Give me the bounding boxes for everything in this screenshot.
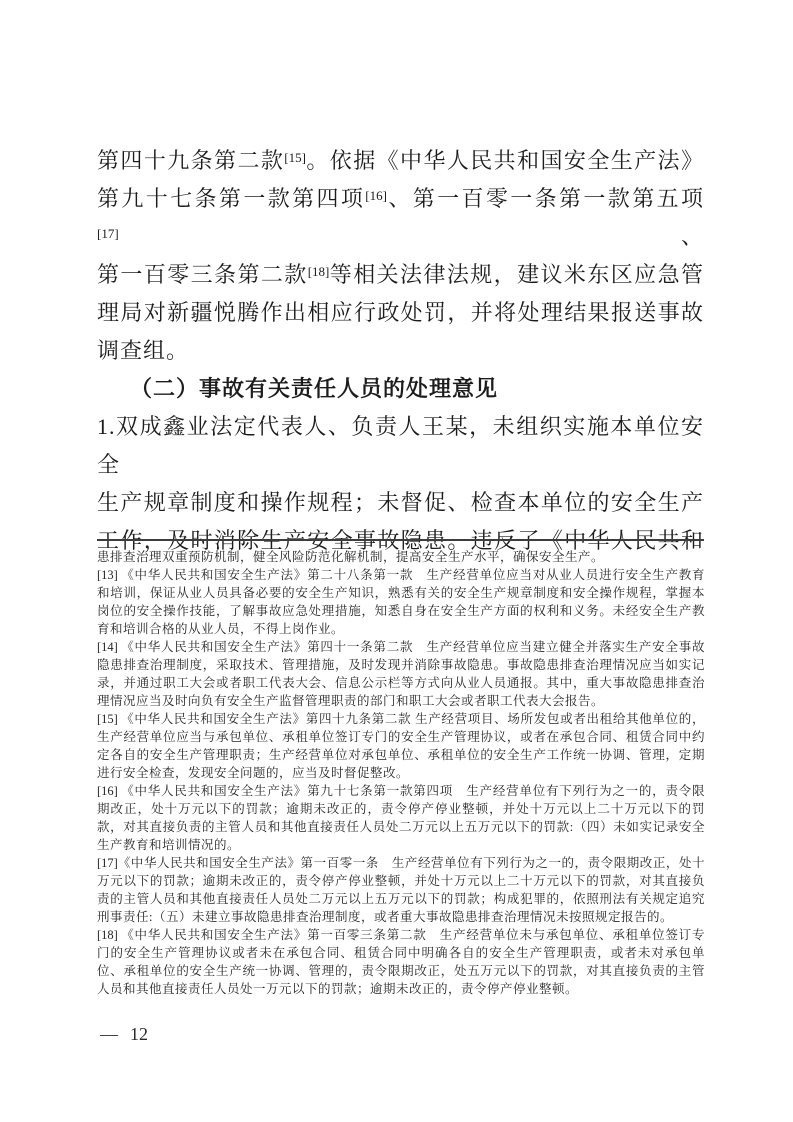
body-line: 1.双成鑫业法定代表人、负责人王某，未组织实施本单位安全 [97, 408, 704, 484]
page-number: 12 [130, 1024, 148, 1044]
footnotes-block: 患排查治理双重预防机制，健全风险防范化解机制，提高安全生产水平，确保安全生产。 … [97, 548, 705, 998]
footnote-continuation: 患排查治理双重预防机制，健全风险防范化解机制，提高安全生产水平，确保安全生产。 [97, 548, 705, 566]
footnote-marker: [16] [97, 784, 121, 798]
footnote-ref: [15] [284, 150, 306, 165]
body-line: 理局对新疆悦腾作出相应行政处罚，并将处理结果报送事故 [97, 294, 704, 332]
footnote-ref: [18] [308, 264, 330, 279]
footnote-separator-line [97, 539, 704, 541]
footnote-ref: [17] [97, 226, 119, 241]
footnote-15: [15] 《中华人民共和国安全生产法》第四十九条第二款 生产经营项目、场所发包或… [97, 710, 705, 782]
body-line: 生产规章制度和操作规程；未督促、检查本单位的安全生产 [97, 484, 704, 522]
main-text-block: 第四十九条第二款[15]。依据《中华人民共和国安全生产法》第九十七条第一款第四项… [97, 142, 704, 560]
footnote-list: [13] 《中华人民共和国安全生产法》第二十八条第一款 生产经营单位应当对从业人… [97, 566, 705, 998]
footnote-16: [16] 《中华人民共和国安全生产法》第九十七条第一款第四项 生产经营单位有下列… [97, 782, 705, 854]
footnote-ref: [16] [365, 188, 387, 203]
footnote-marker: [17] [97, 856, 118, 870]
footnote-marker: [18] [97, 928, 121, 942]
body-line: 第九十七条第一款第四项[16]、第一百零一条第一款第五项[17]、 [97, 180, 704, 256]
footnote-marker: [15] [97, 712, 121, 726]
footnote-13: [13] 《中华人民共和国安全生产法》第二十八条第一款 生产经营单位应当对从业人… [97, 566, 705, 638]
footnote-marker: [13] [97, 568, 121, 582]
document-page: 第四十九条第二款[15]。依据《中华人民共和国安全生产法》第九十七条第一款第四项… [0, 0, 793, 1122]
body-line: 调查组。 [97, 332, 704, 370]
footnote-17: [17]《中华人民共和国安全生产法》第一百零一条 生产经营单位有下列行为之一的，… [97, 854, 705, 926]
page-footer: —12 [100, 1024, 148, 1045]
body-line: 第一百零三条第二款[18]等相关法律法规，建议米东区应急管 [97, 256, 704, 294]
section-heading: （二）事故有关责任人员的处理意见 [97, 370, 704, 408]
body-line: 第四十九条第二款[15]。依据《中华人民共和国安全生产法》 [97, 142, 704, 180]
footnote-18: [18] 《中华人民共和国安全生产法》第一百零三条第二款 生产经营单位未与承包单… [97, 926, 705, 998]
page-number-dash: — [100, 1024, 118, 1044]
footnote-marker: [14] [97, 640, 121, 654]
footnote-14: [14] 《中华人民共和国安全生产法》第四十一条第二款 生产经营单位应当建立健全… [97, 638, 705, 710]
